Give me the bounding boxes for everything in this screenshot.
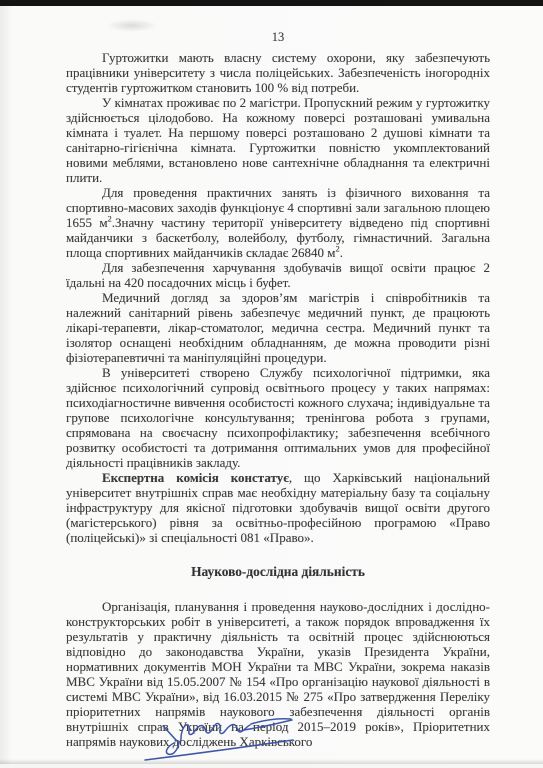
paragraph-medical-care: Медичний догляд за здоров’ям магістрів і…	[66, 290, 490, 365]
paragraph-rooms: У кімнатах проживає по 2 магістри. Пропу…	[66, 95, 490, 185]
paragraph-dormitory-security: Гуртожитки мають власну систему охорони,…	[66, 50, 490, 95]
page-content: 13 Гуртожитки мають власну систему охоро…	[66, 30, 490, 749]
text-run: .Значну частину території університету в…	[66, 215, 490, 260]
signature-strokes	[145, 719, 293, 760]
scan-top-edge-bar	[0, 0, 543, 6]
paragraph-catering: Для забезпечення харчування здобувачів в…	[66, 260, 490, 290]
paragraph-sports-facilities: Для проведення практичних занять із фізи…	[66, 185, 490, 260]
scan-bottom-edge	[0, 759, 543, 764]
text-run: .	[340, 245, 343, 260]
paragraph-commission-conclusion: Експертна комісія констатує, що Харківсь…	[66, 470, 490, 545]
page-number: 13	[66, 30, 490, 45]
paragraph-psychological-support: В університеті створено Службу психологі…	[66, 365, 490, 470]
section-heading-research-activity: Науково-дослідна діяльність	[66, 564, 490, 579]
scanned-page: 13 Гуртожитки мають власну систему охоро…	[0, 6, 543, 764]
commission-bold-lead: Експертна комісія констатує	[102, 470, 289, 485]
